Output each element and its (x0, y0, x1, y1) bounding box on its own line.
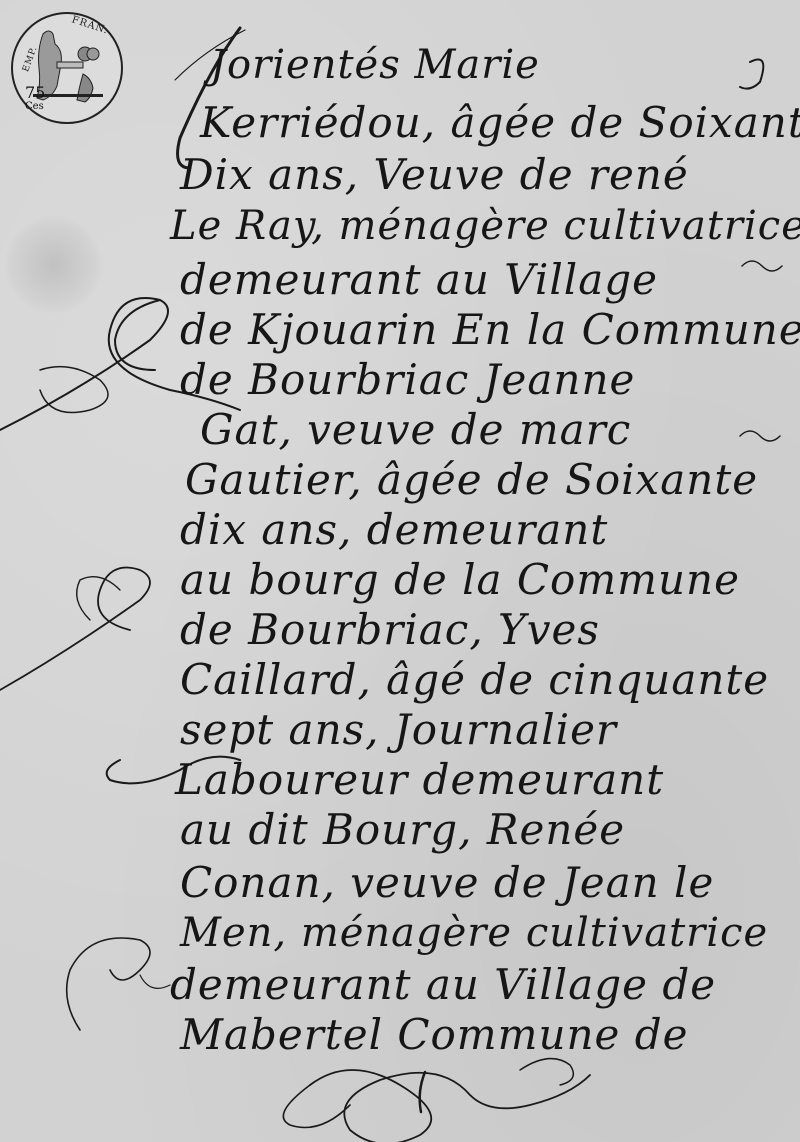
text-line-6: de Kjouarin En la Commune (180, 305, 800, 354)
text-line-8: Gat, veuve de marc (200, 405, 631, 454)
text-line-5: demeurant au Village (180, 255, 658, 304)
text-line-15: Laboureur demeurant (175, 755, 664, 804)
text-line-4: Le Ray, ménagère cultivatrice (170, 203, 800, 249)
text-line-20: Mabertel Commune de (180, 1010, 689, 1059)
text-line-10: dix ans, demeurant (180, 505, 608, 554)
text-line-3: Dix ans, Veuve de rené (180, 150, 689, 199)
text-line-18: Men, ménagère cultivatrice (180, 910, 768, 956)
stamp-unit: Ces (25, 100, 45, 114)
text-line-13: Caillard, âgé de cinquante (180, 655, 769, 704)
document-page: FRAN. EMP. 75 Ces (0, 0, 800, 1142)
text-line-11: au bourg de la Commune (180, 555, 740, 604)
faded-seal-mark (4, 215, 104, 315)
text-line-1: Jorientés Marie (210, 42, 540, 88)
text-line-19: demeurant au Village de (170, 960, 716, 1009)
text-line-16: au dit Bourg, Renée (180, 805, 625, 854)
stamp-value: 75 Ces (25, 86, 45, 114)
text-line-7: de Bourbriac Jeanne (180, 355, 635, 404)
text-line-12: de Bourbriac, Yves (180, 605, 600, 654)
tax-stamp: FRAN. EMP. 75 Ces (11, 12, 123, 124)
text-line-17: Conan, veuve de Jean le (180, 858, 714, 907)
text-line-9: Gautier, âgée de Soixante (185, 455, 758, 504)
text-line-2: Kerriédou, âgée de Soixante (200, 98, 800, 147)
text-line-14: sept ans, Journalier (180, 705, 617, 754)
